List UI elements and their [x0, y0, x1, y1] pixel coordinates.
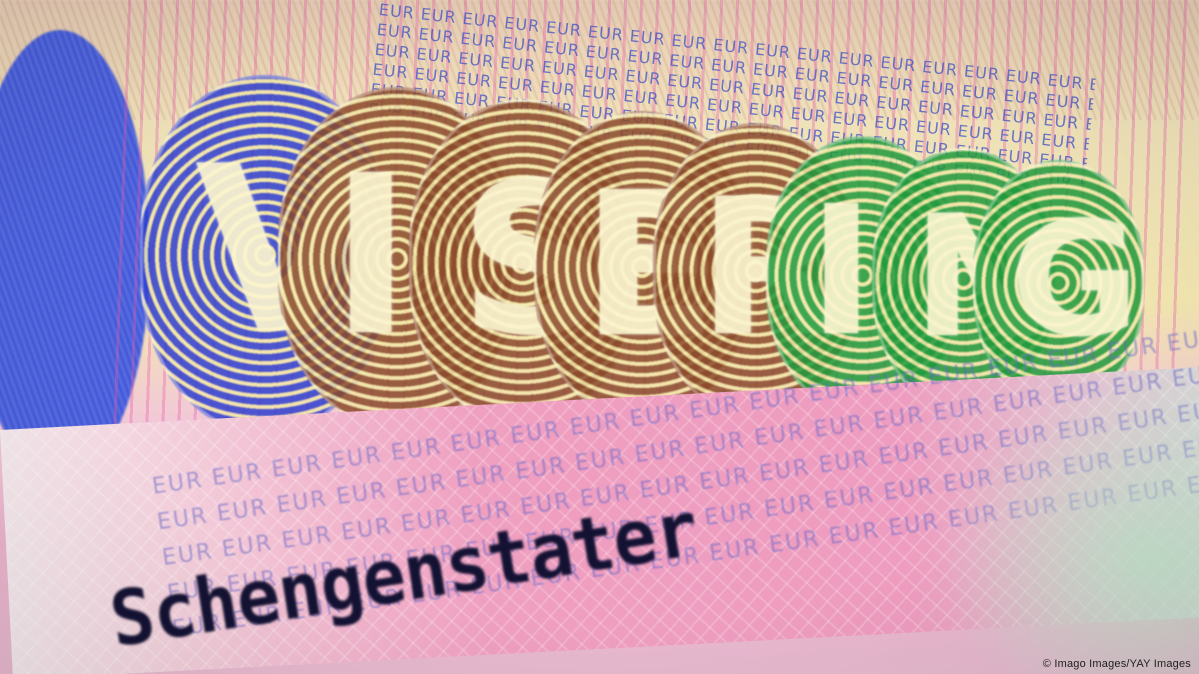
green-haze — [939, 380, 1199, 674]
photo-credit: © Imago Images/YAY Images — [1043, 658, 1191, 670]
headline-letter: I — [808, 169, 874, 376]
visa-photo: EUR EUR EUR EUR EUR EUR EUR EUR EUR EUR … — [0, 0, 1199, 674]
headline-letter: I — [330, 128, 412, 384]
